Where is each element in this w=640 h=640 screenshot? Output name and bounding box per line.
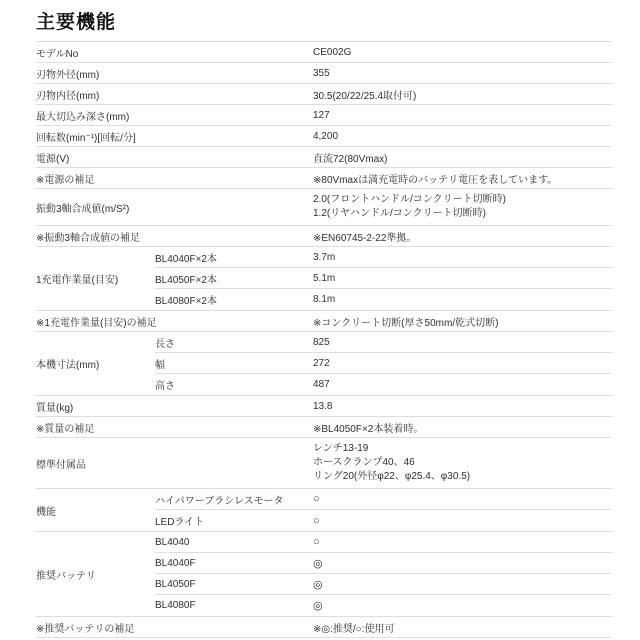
status-circle: ◎ xyxy=(313,557,612,570)
spec-row-value: レンチ13-19ホースクランプ40、46リング20(外径φ22、φ25.4、φ3… xyxy=(313,442,612,484)
spec-row: 質量(kg)13.8 xyxy=(36,396,612,417)
spec-subrow-value: 272 xyxy=(313,358,612,369)
spec-row: 1充電作業量(目安)BL4040F×2本3.7mBL4050F×2本5.1mBL… xyxy=(36,247,612,311)
spec-row-label: 本機寸法(mm) xyxy=(36,332,155,395)
spec-value-line: 1.2(リヤハンドル/コンクリート切断時) xyxy=(313,207,612,221)
spec-row-label: 刃物内径(mm) xyxy=(36,87,313,102)
spec-subrow: BL4080F×2本8.1m xyxy=(155,289,612,310)
spec-subrow-value: 8.1m xyxy=(313,294,612,305)
spec-row-value: ※EN60745-2-22準拠。 xyxy=(313,229,612,244)
spec-subtable: 長さ825幅272高さ487 xyxy=(155,332,612,395)
spec-subrow-label: 幅 xyxy=(155,356,313,371)
spec-subrow: BL4040○ xyxy=(155,532,612,553)
spec-subrow-label: BL4040F×2本 xyxy=(155,250,313,265)
spec-subrow: 長さ825 xyxy=(155,332,612,353)
spec-subrow: ハイパワーブラシレスモータ○ xyxy=(155,489,612,510)
spec-row-label: 機能 xyxy=(36,489,155,531)
spec-table: モデルNoCE002G刃物外径(mm)355刃物内径(mm)30.5(20/22… xyxy=(36,41,612,638)
spec-row: 最大切込み深さ(mm)127 xyxy=(36,105,612,126)
spec-subrow-value: 3.7m xyxy=(313,252,612,263)
spec-subrow-label: BL4050F×2本 xyxy=(155,271,313,286)
spec-row-value: 30.5(20/22/25.4取付可) xyxy=(313,87,612,102)
spec-subrow: BL4040F◎ xyxy=(155,553,612,574)
spec-row-label: ※電源の補足 xyxy=(36,171,313,186)
spec-row-label: ※1充電作業量(目安)の補足 xyxy=(36,314,313,329)
spec-row: 振動3軸合成値(m/S²)2.0(フロントハンドル/コンクリート切断時)1.2(… xyxy=(36,189,612,226)
spec-row-label: ※推奨バッテリの補足 xyxy=(36,620,313,635)
spec-subrow-label: BL4080F xyxy=(155,600,313,611)
spec-row: ※1充電作業量(目安)の補足※コンクリート切断(厚さ50mm/乾式切断) xyxy=(36,311,612,332)
spec-subrow: LEDライト○ xyxy=(155,510,612,531)
spec-row: 標準付属品レンチ13-19ホースクランプ40、46リング20(外径φ22、φ25… xyxy=(36,438,612,489)
spec-row-label: ※振動3軸合成値の補足 xyxy=(36,229,313,244)
status-circle: ○ xyxy=(313,536,612,548)
spec-subrow: BL4080F◎ xyxy=(155,595,612,616)
spec-row-label: 振動3軸合成値(m/S²) xyxy=(36,200,313,215)
spec-row: モデルNoCE002G xyxy=(36,42,612,63)
spec-subrow: BL4050F◎ xyxy=(155,574,612,595)
spec-row: ※推奨バッテリの補足※◎:推奨/○:使用可 xyxy=(36,617,612,638)
spec-subtable: BL4040○BL4040F◎BL4050F◎BL4080F◎ xyxy=(155,532,612,616)
spec-subrow-label: BL4080F×2本 xyxy=(155,292,313,307)
status-circle: ◎ xyxy=(313,599,612,612)
spec-subrow-value: 5.1m xyxy=(313,273,612,284)
spec-row-label: 標準付属品 xyxy=(36,456,313,471)
spec-row-label: ※質量の補足 xyxy=(36,420,313,435)
spec-row: ※質量の補足※BL4050F×2本装着時。 xyxy=(36,417,612,438)
spec-subrow: BL4040F×2本3.7m xyxy=(155,247,612,268)
spec-subrow-label: LEDライト xyxy=(155,513,313,528)
spec-subrow-label: BL4040 xyxy=(155,537,313,548)
spec-subrow-label: BL4050F xyxy=(155,579,313,590)
spec-subrow: 幅272 xyxy=(155,353,612,374)
spec-row: ※電源の補足※80Vmaxは満充電時のバッテリ電圧を表しています。 xyxy=(36,168,612,189)
spec-row-label: 質量(kg) xyxy=(36,399,313,414)
spec-row-value: ※BL4050F×2本装着時。 xyxy=(313,420,612,435)
spec-subrow-value: 487 xyxy=(313,379,612,390)
spec-row-value: 2.0(フロントハンドル/コンクリート切断時)1.2(リヤハンドル/コンクリート… xyxy=(313,193,612,221)
status-circle: ◎ xyxy=(313,578,612,591)
spec-subrow: 高さ487 xyxy=(155,374,612,395)
status-circle: ○ xyxy=(313,493,612,505)
spec-page: 主要機能 モデルNoCE002G刃物外径(mm)355刃物内径(mm)30.5(… xyxy=(0,0,640,638)
spec-row-label: 最大切込み深さ(mm) xyxy=(36,108,313,123)
spec-row-value: CE002G xyxy=(313,47,612,58)
spec-subrow: BL4050F×2本5.1m xyxy=(155,268,612,289)
spec-row: 機能ハイパワーブラシレスモータ○LEDライト○ xyxy=(36,489,612,532)
spec-value-line: ホースクランプ40、46 xyxy=(313,456,612,470)
spec-row: ※振動3軸合成値の補足※EN60745-2-22準拠。 xyxy=(36,226,612,247)
spec-row: 刃物内径(mm)30.5(20/22/25.4取付可) xyxy=(36,84,612,105)
spec-row: 本機寸法(mm)長さ825幅272高さ487 xyxy=(36,332,612,396)
spec-row: 電源(V)直流72(80Vmax) xyxy=(36,147,612,168)
spec-subrow-label: BL4040F xyxy=(155,558,313,569)
spec-row-value: 13.8 xyxy=(313,401,612,412)
spec-subtable: ハイパワーブラシレスモータ○LEDライト○ xyxy=(155,489,612,531)
spec-row-label: 1充電作業量(目安) xyxy=(36,247,155,310)
spec-row-label: 刃物外径(mm) xyxy=(36,66,313,81)
spec-row-value: 直流72(80Vmax) xyxy=(313,150,612,165)
spec-row-value: ※◎:推奨/○:使用可 xyxy=(313,620,612,635)
spec-value-line: レンチ13-19 xyxy=(313,442,612,456)
spec-row: 推奨バッテリBL4040○BL4040F◎BL4050F◎BL4080F◎ xyxy=(36,532,612,617)
spec-row-label: 回転数(min⁻¹)[回転/分] xyxy=(36,129,313,144)
spec-subrow-label: 長さ xyxy=(155,335,313,350)
spec-value-line: リング20(外径φ22、φ25.4、φ30.5) xyxy=(313,470,612,484)
status-circle: ○ xyxy=(313,515,612,527)
spec-row-label: 電源(V) xyxy=(36,150,313,165)
spec-subrow-label: ハイパワーブラシレスモータ xyxy=(155,492,313,507)
spec-row-value: ※コンクリート切断(厚さ50mm/乾式切断) xyxy=(313,314,612,329)
spec-value-line: 2.0(フロントハンドル/コンクリート切断時) xyxy=(313,193,612,207)
spec-subrow-value: 825 xyxy=(313,337,612,348)
page-title: 主要機能 xyxy=(36,7,612,34)
spec-row-value: 127 xyxy=(313,110,612,121)
spec-row-value: ※80Vmaxは満充電時のバッテリ電圧を表しています。 xyxy=(313,171,612,186)
spec-row: 回転数(min⁻¹)[回転/分]4,200 xyxy=(36,126,612,147)
spec-row-value: 355 xyxy=(313,68,612,79)
spec-subrow-label: 高さ xyxy=(155,377,313,392)
spec-row-label: 推奨バッテリ xyxy=(36,532,155,616)
spec-row-label: モデルNo xyxy=(36,45,313,60)
spec-row: 刃物外径(mm)355 xyxy=(36,63,612,84)
spec-subtable: BL4040F×2本3.7mBL4050F×2本5.1mBL4080F×2本8.… xyxy=(155,247,612,310)
spec-row-value: 4,200 xyxy=(313,131,612,142)
